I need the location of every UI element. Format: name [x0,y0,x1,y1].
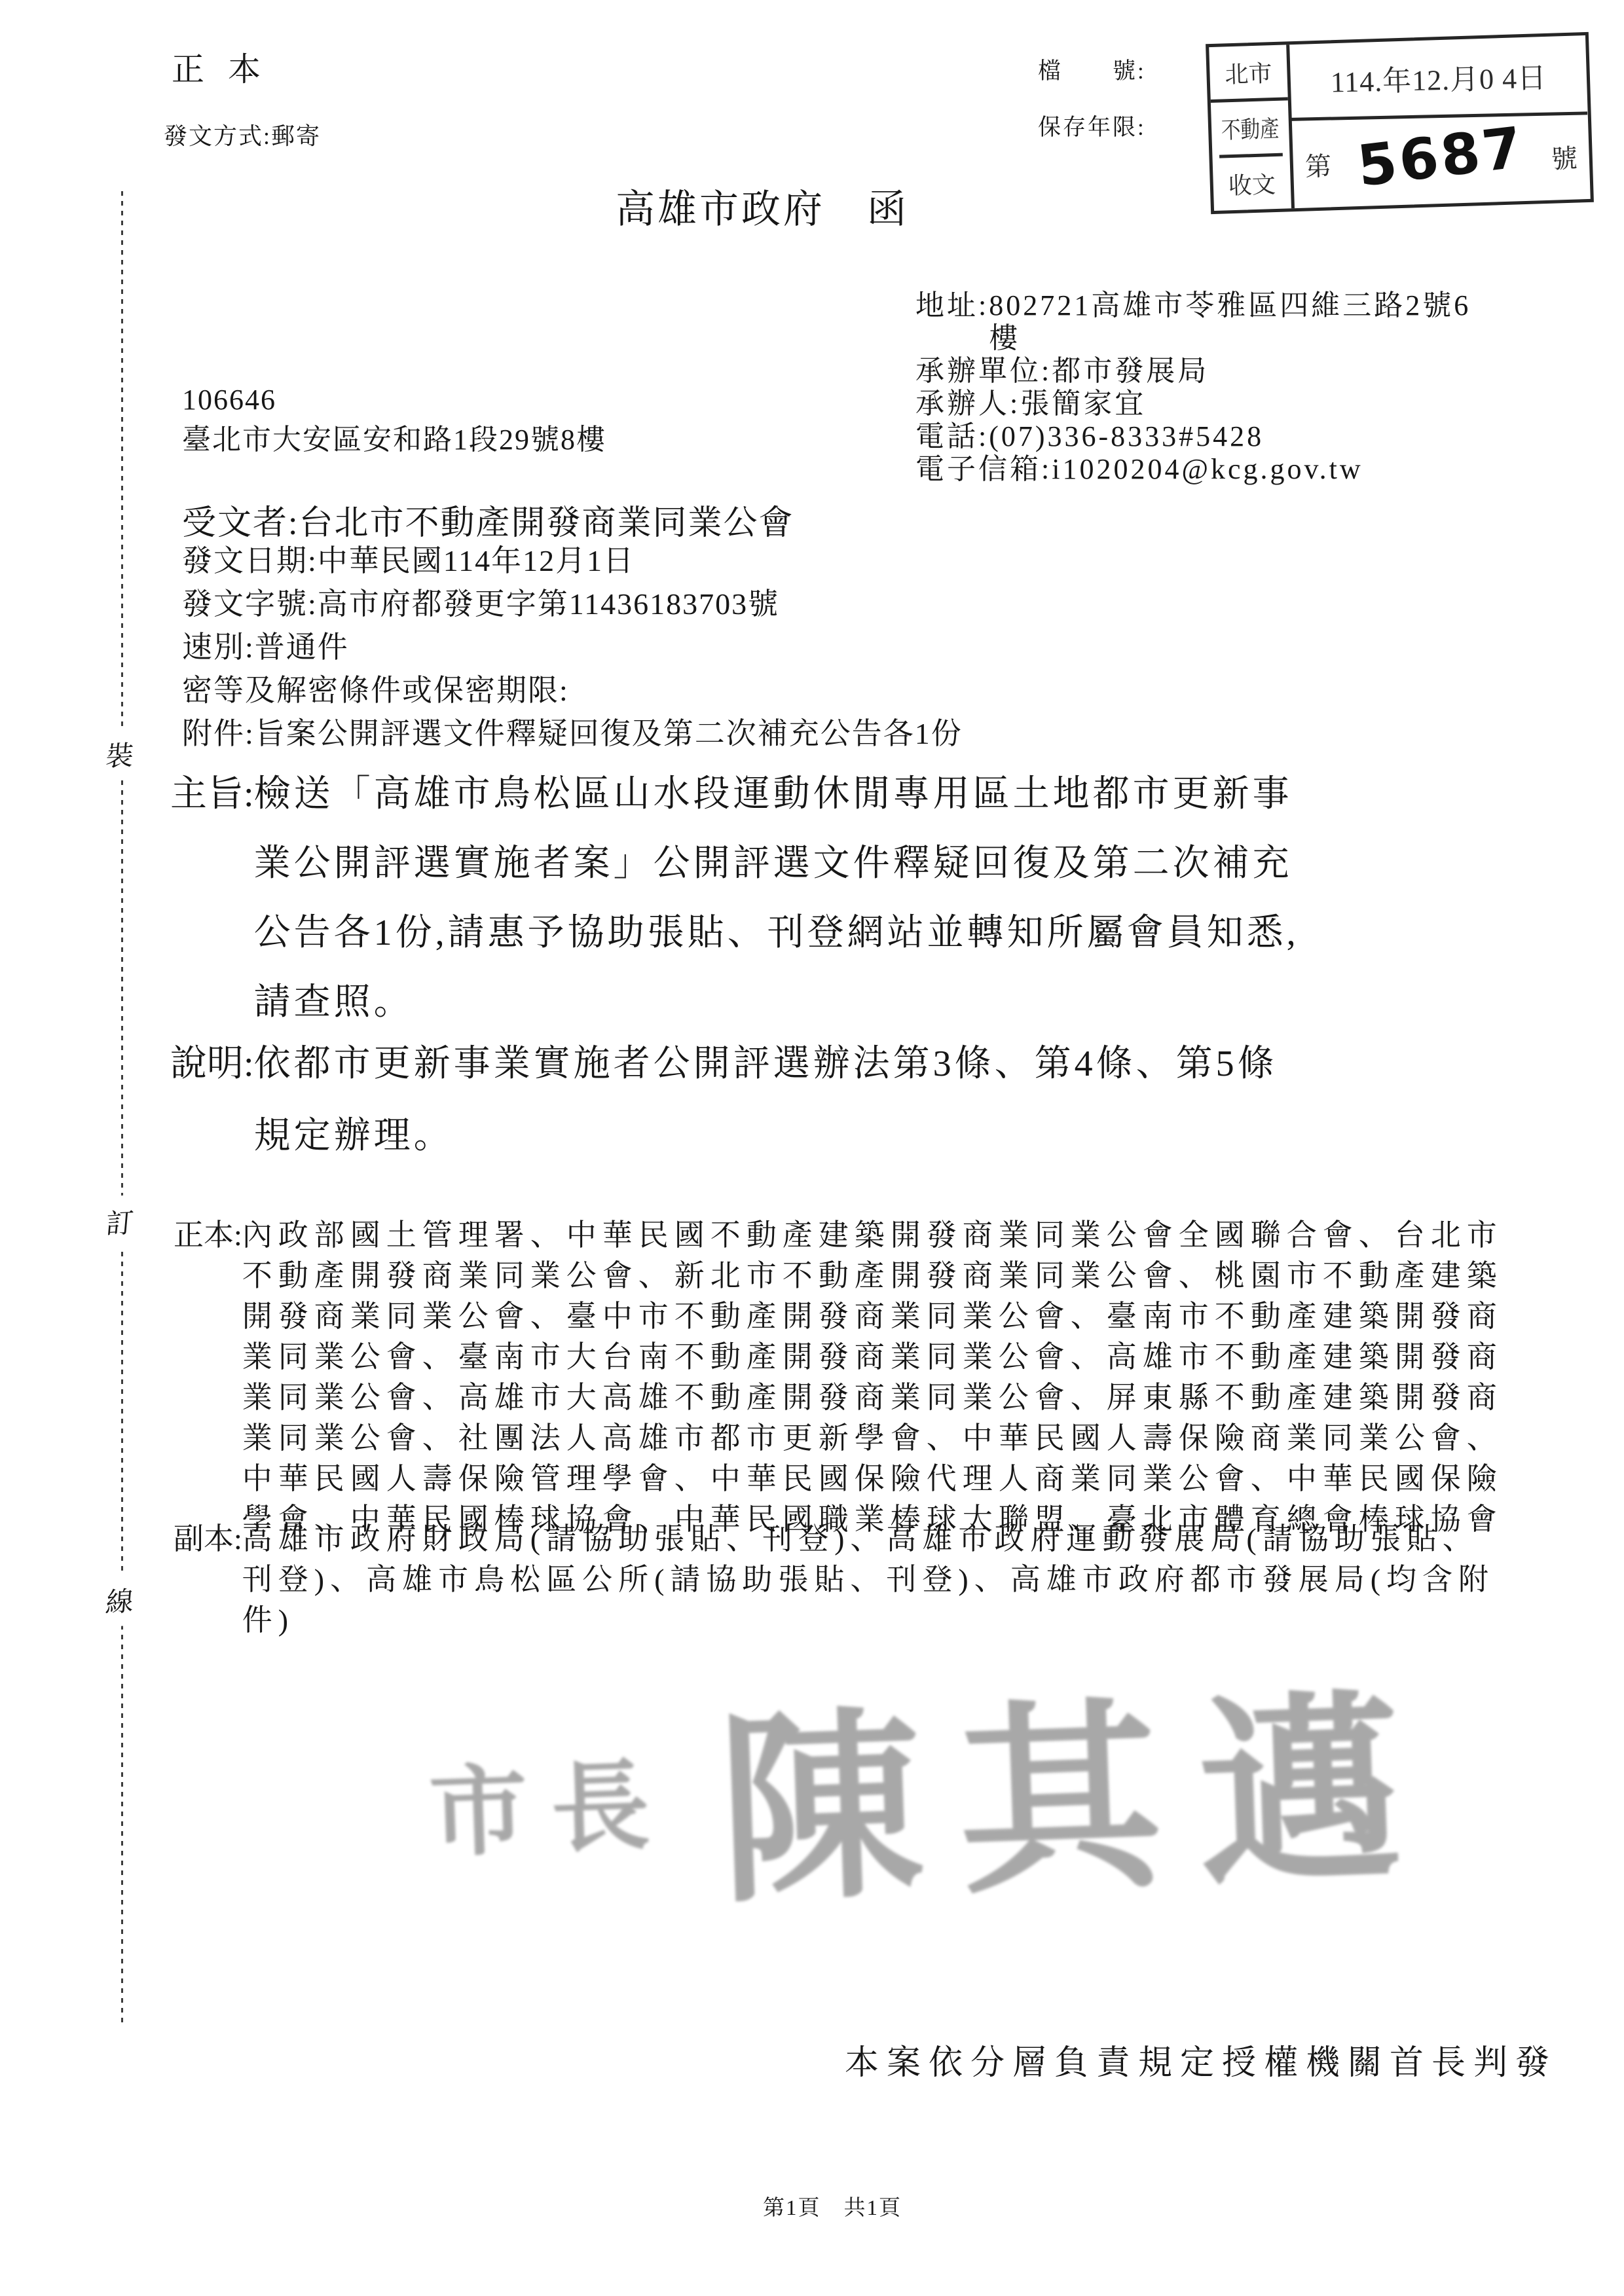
meta-block: 發文日期:中華民國114年12月1日 發文字號:高市府都發更字第11436183… [182,539,963,756]
sender-unit: 承辦單位:都市發展局 [915,355,1471,388]
binding-char-xian: 線 [102,1573,137,1627]
stamp-number-handwritten: 5687 [1354,115,1528,200]
stamp-main: 114.年12.月0 4日 第 5687 號 [1289,35,1591,208]
binding-char-zhuang: 裝 [102,727,137,781]
meta-security: 密等及解密條件或保密期限: [182,669,963,712]
meta-date: 發文日期:中華民國114年12月1日 [182,539,963,583]
sender-email: 電子信箱:i1020204@kcg.gov.tw [915,453,1471,486]
recipient-code: 106646 [182,383,276,416]
carbon-copies-label: 副本: [174,1519,242,1559]
authorization-note: 本案依分層負責規定授權機關首長判發 [845,2035,1557,2084]
mayor-signature: 市長 陳其邁 [424,1626,1442,1948]
subject-paragraph: 主旨: 檢送「高雄市鳥松區山水段運動休閒專用區土地都市更新事業公開評選實施者案」… [170,759,1299,1037]
explanation-paragraph: 說明: 依都市更新事業實施者公開評選辦法第3條、第4條、第5條規定辦理。 [170,1028,1299,1172]
carbon-copies-paragraph: 副本: 高雄市政府財政局(請協助張貼、刊登)、高雄市政府運動發展局(請協助張貼、… [174,1519,1509,1641]
document-page: 正本 發文方式:郵寄 檔 號: 保存年限: 北市 不動產 收文 114.年12.… [0,0,1624,2296]
stamp-org-line2: 不動產 [1218,101,1283,158]
explanation-text: 依都市更新事業實施者公開評選辦法第3條、第4條、第5條規定辦理。 [254,1028,1299,1172]
recipient-name: 台北市不動產開發商業同業公會 [299,495,794,544]
sender-info: 地址: 802721高雄市苓雅區四維三路2號6 樓 承辦單位:都市發展局 承辦人… [915,289,1471,486]
stamp-date: 114.年12.月0 4日 [1290,37,1587,120]
meta-attachment: 附件:旨案公開評選文件釋疑回復及第二次補充公告各1份 [182,712,963,756]
sender-phone: 電話:(07)336-8333#5428 [915,420,1471,453]
retention-label: 保存年限: [1038,100,1146,156]
receipt-stamp: 北市 不動產 收文 114.年12.月0 4日 第 5687 號 [1206,32,1594,214]
file-number-label: 檔 號: [1038,43,1146,100]
original-copies-text: 內政部國土管理署、中華民國不動產建築開發商業同業公會全國聯合會、台北市不動產開發… [242,1215,1509,1540]
stamp-org-column: 北市 不動產 收文 [1209,45,1295,211]
copy-type-label: 正本 [172,43,284,90]
sender-person: 承辦人:張簡家宜 [915,388,1471,420]
explanation-label: 說明: [170,1028,254,1100]
meta-priority: 速別:普通件 [182,626,963,669]
sender-address-line2: 樓 [989,322,1471,355]
subject-label: 主旨: [170,759,254,829]
document-title: 高雄市政府 函 [616,178,909,234]
signature-name: 陳其邁 [713,1624,1442,1941]
binding-dotted-line [121,191,123,2024]
binding-char-ding: 訂 [102,1195,137,1248]
stamp-number-suffix: 號 [1551,137,1578,175]
sender-address-row: 地址: 802721高雄市苓雅區四維三路2號6 樓 [915,289,1471,355]
sender-address-label: 地址: [915,289,989,355]
recipient-address: 臺北市大安區安和路1段29號8樓 [182,416,606,458]
page-number: 第1頁 共1頁 [763,2191,902,2221]
send-method-label: 發文方式:郵寄 [164,118,321,151]
stamp-number-prefix: 第 [1304,145,1332,183]
recipient-label: 受文者: [182,495,299,544]
stamp-org-line1: 北市 [1209,45,1288,103]
file-labels: 檔 號: 保存年限: [1038,43,1146,156]
sender-address-value: 802721高雄市苓雅區四維三路2號6 樓 [989,289,1471,355]
subject-text: 檢送「高雄市鳥松區山水段運動休閒專用區土地都市更新事業公開評選實施者案」公開評選… [254,759,1299,1037]
stamp-org-line3: 收文 [1213,156,1291,211]
sender-address-line1: 802721高雄市苓雅區四維三路2號6 [989,289,1471,322]
recipient-row: 受文者: 台北市不動產開發商業同業公會 [182,495,794,544]
original-copies-paragraph: 正本: 內政部國土管理署、中華民國不動產建築開發商業同業公會全國聯合會、台北市不… [174,1215,1509,1540]
signature-title: 市長 [427,1726,675,1876]
original-copies-label: 正本: [174,1215,242,1256]
carbon-copies-text: 高雄市政府財政局(請協助張貼、刊登)、高雄市政府運動發展局(請協助張貼、刊登)、… [242,1519,1509,1641]
meta-doc-number: 發文字號:高市府都發更字第11436183703號 [182,583,963,626]
stamp-number-row: 第 5687 號 [1292,113,1591,208]
